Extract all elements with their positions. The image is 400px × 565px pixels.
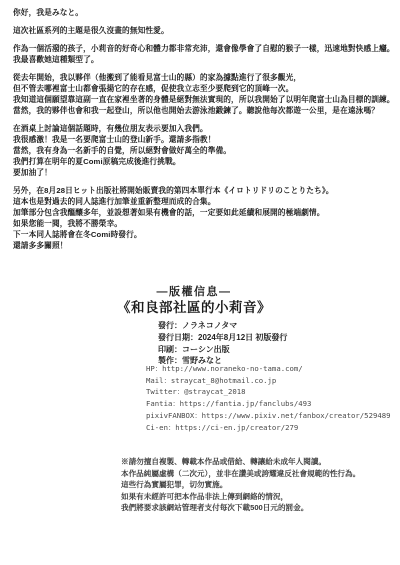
link-row-mail: Mail：straycat_8@hotmail.co.jp [146, 375, 391, 387]
notice-line: 我們將要求該網站管理者支付每次下載500日元的罰金。 [121, 502, 360, 514]
link-label: Mail： [146, 376, 171, 385]
notice-line: ※請勿擅自複製、轉載本作品或借給、轉讓給未成年人閱讀。 [121, 456, 360, 468]
legal-notice: ※請勿擅自複製、轉載本作品或借給、轉讓給未成年人閱讀。 本作品純屬虛構（二次元）… [121, 456, 360, 514]
afterword-line: 我們打算在明年的夏Comi原稿完成後進行挑戰。 [13, 156, 394, 167]
link-value: https://www.pixiv.net/fanbox/creator/529… [202, 411, 391, 420]
link-value: https://ci-en.jp/creator/279 [175, 423, 298, 432]
afterword-line: 從去年開始，我以夥伴（他搬到了能看見富士山的縣）的家為據點進行了很多觀光， [13, 72, 394, 83]
afterword-line: 我知道這個願望靠這副一直在家裡坐著的身體是絕對無法實現的，所以我開始了以明年爬富… [13, 94, 394, 105]
afterword-line: 下一本同人誌將會在冬Comi時發行。 [13, 229, 394, 240]
afterword-line: 這本也是對過去的同人誌進行加筆並重新整理而成的合集。 [13, 196, 394, 207]
publisher-label: 印刷： [158, 345, 182, 354]
publisher-row: 發行：ノラネコノタマ [158, 320, 287, 332]
contact-links: HP：http://www.noraneko-no-tama.com/ Mail… [146, 363, 391, 433]
afterword-line: 另外，在8月28日ヒット出版社將開始販賣我的第四本單行本《イロトリドリのことりた… [13, 185, 394, 196]
link-row-fantia: Fantia：https://fantia.jp/fanclubs/493 [146, 398, 391, 410]
notice-line: 這些行為實屬犯罪，切勿實施。 [121, 479, 360, 491]
publisher-label: 發行： [158, 321, 182, 330]
link-label: pixivFANBOX： [146, 411, 202, 420]
afterword-text: 你好，我是みなと。 這次社區系列的主題是很久沒畫的無知性愛。 作為一個活潑的孩子… [13, 7, 394, 258]
link-row-cien: Ci-en：https://ci-en.jp/creator/279 [146, 422, 391, 434]
afterword-page: 你好，我是みなと。 這次社區系列的主題是很久沒畫的無知性愛。 作為一個活潑的孩子… [0, 0, 400, 565]
paragraph: 你好，我是みなと。 [13, 7, 394, 18]
link-value: https://fantia.jp/fanclubs/493 [180, 399, 312, 408]
afterword-line: 我最喜歡她這種類型了。 [13, 54, 394, 65]
afterword-line: 我很感激！我是一名要爬富士山的登山新手。還請多指教！ [13, 134, 394, 145]
publisher-row: 發行日期：2024年8月12日 初版發行 [158, 332, 287, 344]
link-label: Fantia： [146, 399, 180, 408]
afterword-line: 作為一個活潑的孩子，小莉音的好奇心和體力都非常充沛，還會像學會了自慰的猴子一樣，… [13, 43, 394, 54]
link-label: Ci-en： [146, 423, 175, 432]
afterword-line: 當然，我有身為一名新手的自覺，所以絕對會做好萬全的準備。 [13, 145, 394, 156]
link-value: @straycat_2018 [184, 387, 246, 396]
afterword-line: 加筆部分包含我醞釀多年，並設想著如果有機會的話，一定要如此延續和展開的極端劇情。 [13, 207, 394, 218]
link-value: http://www.noraneko-no-tama.com/ [162, 364, 303, 373]
publisher-info: 發行：ノラネコノタマ 發行日期：2024年8月12日 初版發行 印刷：コーシン出… [158, 320, 287, 367]
link-value: straycat_8@hotmail.co.jp [171, 376, 276, 385]
publisher-value: コーシン出版 [182, 345, 230, 354]
link-label: HP： [146, 364, 162, 373]
publisher-row: 印刷：コーシン出版 [158, 344, 287, 356]
paragraph: 另外，在8月28日ヒット出版社將開始販賣我的第四本單行本《イロトリドリのことりた… [13, 185, 394, 251]
paragraph: 在酒桌上討論這個話題時，有幾位朋友表示要加入我們。 我很感激！我是一名要爬富士山… [13, 123, 394, 178]
book-title: 《和良部社區的小莉音》 [0, 296, 388, 316]
afterword-line: 如果您能一閱，我將不勝榮幸。 [13, 218, 394, 229]
link-row-hp: HP：http://www.noraneko-no-tama.com/ [146, 363, 391, 375]
afterword-line: 這次社區系列的主題是很久沒畫的無知性愛。 [13, 26, 169, 35]
paragraph: 這次社區系列的主題是很久沒畫的無知性愛。 [13, 25, 394, 36]
notice-line: 如果有未經許可把本作品非法上傳到網絡的情況， [121, 491, 360, 503]
publisher-value: ノラネコノタマ [182, 321, 237, 330]
afterword-line: 你好，我是みなと。 [13, 8, 83, 17]
afterword-line: 當然，我的夥伴也會和我一起登山，所以他也開始去游泳池鍛鍊了。聽說他每次都遊一公里… [13, 105, 394, 116]
notice-line: 本作品純屬虛構（二次元），並非在讚美或誇耀違反社會規範的性行為。 [121, 468, 360, 480]
paragraph: 作為一個活潑的孩子，小莉音的好奇心和體力都非常充沛，還會像學會了自慰的猴子一樣，… [13, 43, 394, 65]
afterword-line: 還請多多關照！ [13, 240, 394, 251]
afterword-line: 但不管去哪裡富士山都會張揚它的存在感，促使我立志至少要爬到它的頂峰一次。 [13, 83, 394, 94]
link-row-twitter: Twitter：@straycat_2018 [146, 386, 391, 398]
link-row-pixivfanbox: pixivFANBOX：https://www.pixiv.net/fanbox… [146, 410, 391, 422]
link-label: Twitter： [146, 387, 184, 396]
paragraph: 從去年開始，我以夥伴（他搬到了能看見富士山的縣）的家為據點進行了很多觀光， 但不… [13, 72, 394, 116]
afterword-line: 在酒桌上討論這個話題時，有幾位朋友表示要加入我們。 [13, 123, 394, 134]
publisher-label: 發行日期： [158, 333, 198, 342]
publisher-value: 2024年8月12日 初版發行 [198, 333, 287, 342]
afterword-line: 要加油了！ [13, 167, 394, 178]
